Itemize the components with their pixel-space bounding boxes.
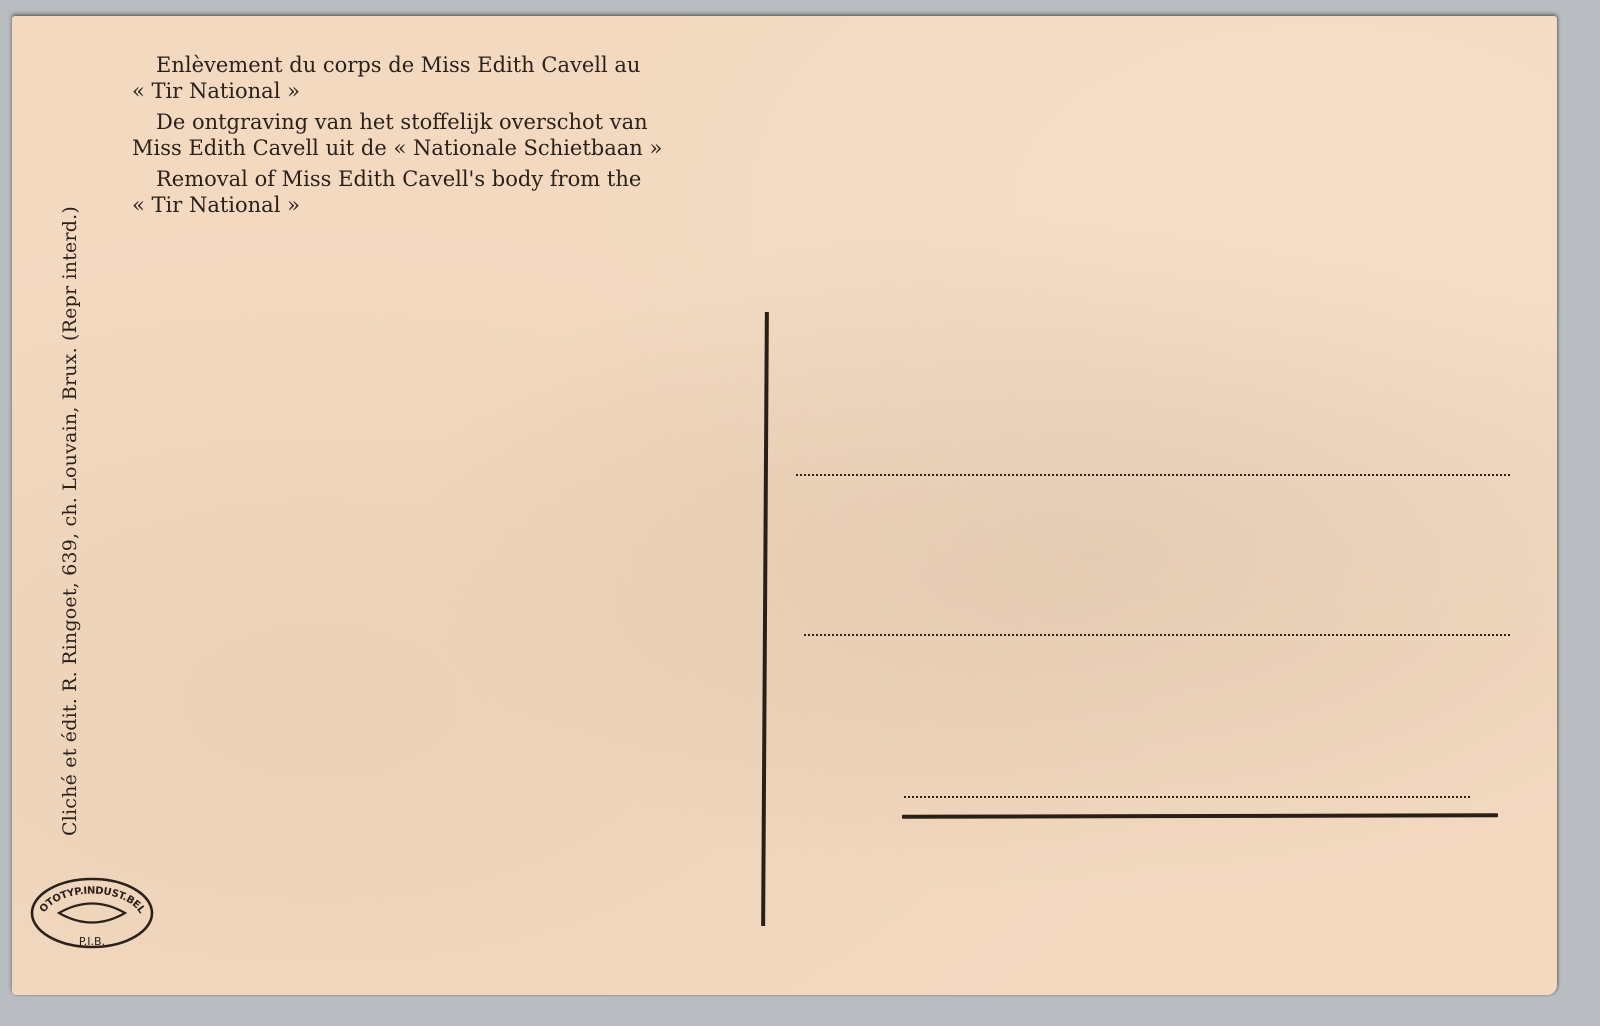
address-line-3 bbox=[904, 796, 1470, 798]
address-line-1 bbox=[796, 474, 1510, 476]
stamp-top-text: PHOTOTYP.INDUST.BELGE bbox=[29, 876, 147, 916]
caption-dutch-line1: De ontgraving van het stoffelijk oversch… bbox=[132, 109, 752, 135]
caption-block: Enlèvement du corps de Miss Edith Cavell… bbox=[132, 52, 752, 223]
caption-french: Enlèvement du corps de Miss Edith Cavell… bbox=[132, 52, 752, 104]
caption-english-line1: Removal of Miss Edith Cavell's body from… bbox=[132, 166, 752, 192]
svg-text:PHOTOTYP.INDUST.BELGE: PHOTOTYP.INDUST.BELGE bbox=[29, 876, 147, 916]
address-underline bbox=[902, 813, 1498, 819]
caption-english: Removal of Miss Edith Cavell's body from… bbox=[132, 166, 752, 218]
postcard-back: Enlèvement du corps de Miss Edith Cavell… bbox=[12, 16, 1557, 995]
caption-dutch: De ontgraving van het stoffelijk oversch… bbox=[132, 109, 752, 161]
address-line-2 bbox=[804, 634, 1510, 636]
stamp-bottom-text: P.I.B. bbox=[79, 935, 105, 948]
message-address-divider bbox=[761, 312, 769, 926]
caption-english-line2: « Tir National » bbox=[132, 193, 300, 217]
caption-dutch-line2: Miss Edith Cavell uit de « Nationale Sch… bbox=[132, 136, 662, 160]
caption-french-line1: Enlèvement du corps de Miss Edith Cavell… bbox=[132, 52, 752, 78]
caption-french-line2: « Tir National » bbox=[132, 79, 300, 103]
publisher-credit: Cliché et édit. R. Ringoet, 639, ch. Lou… bbox=[59, 206, 81, 836]
printer-stamp-icon: PHOTOTYP.INDUST.BELGE P.I.B. bbox=[29, 876, 155, 950]
